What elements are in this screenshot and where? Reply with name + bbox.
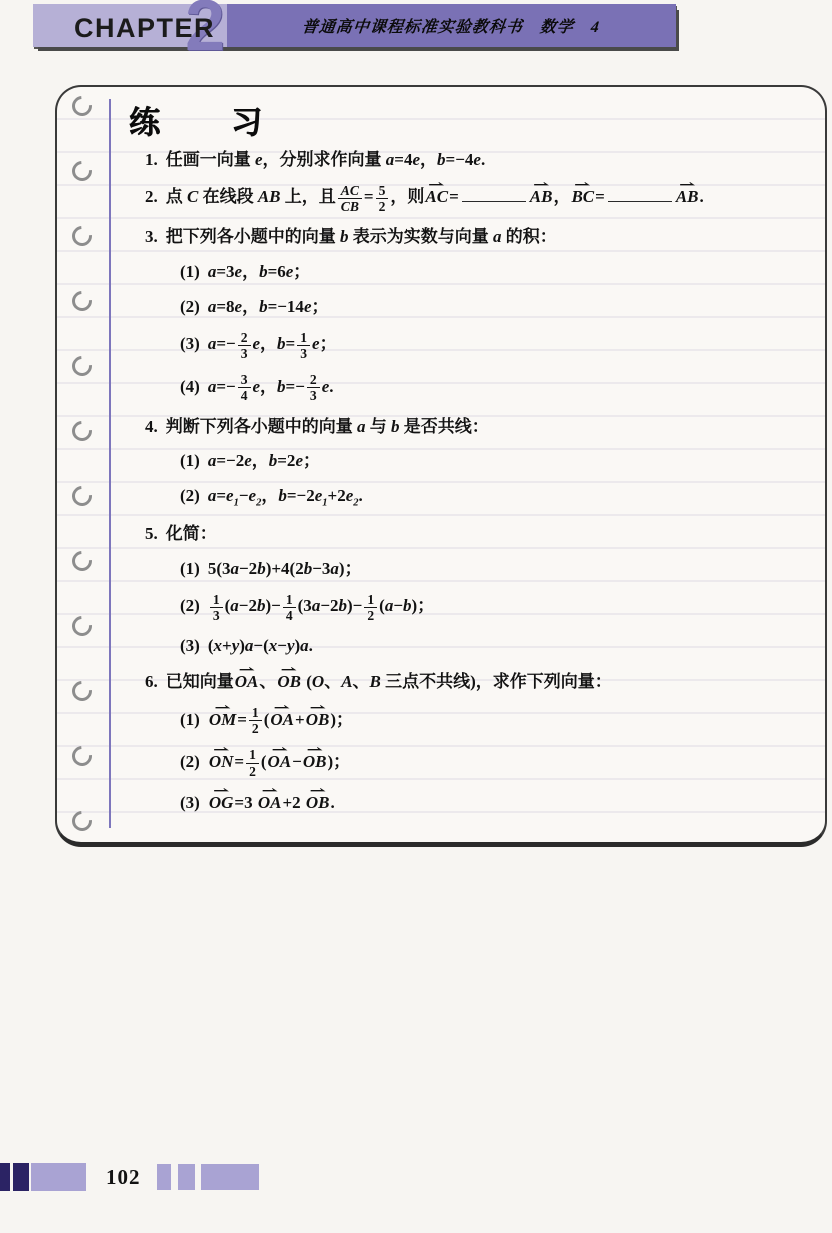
math-italic: A bbox=[341, 672, 352, 691]
item-body: a=3e，b=6e； bbox=[208, 262, 310, 281]
binder-ring-icon bbox=[68, 417, 96, 445]
exercise-subitem: (1)5(3a−2b)+4(2b−3a)； bbox=[125, 557, 809, 581]
item-label: (2) bbox=[180, 486, 200, 505]
math-roman: =2 bbox=[277, 451, 295, 470]
exercise-item: 3.把下列各小题中的向量 b 表示为实数与向量 a 的积： bbox=[125, 225, 809, 249]
math-roman: −2 bbox=[239, 596, 257, 615]
exercise-subitem: (2)13(a−2b)−14(3a−2b)−12(a−b)； bbox=[125, 592, 809, 623]
text: 表示为实数与向量 bbox=[349, 227, 494, 246]
math-italic: y bbox=[287, 636, 295, 655]
vector-notation: ⇀OB bbox=[306, 707, 330, 732]
chapter-banner-right: 普通高中课程标准实验教科书 数学 4 bbox=[227, 4, 676, 47]
math-vector-symbol: a bbox=[357, 417, 366, 436]
item-label: (2) bbox=[180, 752, 200, 771]
vector-arrow-icon: ⇀ bbox=[670, 176, 704, 195]
vector-arrow-icon: ⇀ bbox=[566, 176, 600, 195]
exercise-item: 4.判断下列各小题中的向量 a 与 b 是否共线： bbox=[125, 415, 809, 439]
math-roman: . bbox=[329, 377, 333, 396]
text: ， bbox=[260, 334, 277, 353]
text: 与 bbox=[366, 417, 392, 436]
item-body: a=e1−e2，b=−2e1+2e2. bbox=[208, 486, 363, 505]
item-body: ⇀ON=12(⇀OA−⇀OB)； bbox=[208, 752, 350, 771]
text: ， bbox=[260, 377, 277, 396]
text: 把下列各小题中的向量 bbox=[166, 227, 340, 246]
item-body: 判断下列各小题中的向量 a 与 b 是否共线： bbox=[166, 417, 489, 436]
math-roman: =− bbox=[216, 334, 235, 353]
item-body: ⇀OM=12(⇀OA+⇀OB)； bbox=[208, 710, 353, 729]
fraction: 14 bbox=[283, 592, 296, 623]
fraction: 13 bbox=[297, 330, 310, 361]
item-label: (1) bbox=[180, 262, 200, 281]
footer-block-light-4 bbox=[201, 1164, 259, 1190]
math-vector-symbol: a bbox=[300, 636, 309, 655]
math-roman: =4 bbox=[394, 150, 412, 169]
math-italic: x bbox=[269, 636, 278, 655]
item-label: 5. bbox=[145, 524, 158, 543]
math-roman: + bbox=[222, 636, 232, 655]
math-roman: =−2 bbox=[216, 451, 244, 470]
vector-arrow-icon: ⇀ bbox=[229, 661, 264, 680]
chapter-label: CHAPTER bbox=[33, 13, 215, 47]
item-body: 化简： bbox=[166, 524, 217, 543]
item-label: 1. bbox=[145, 150, 158, 169]
fraction: 13 bbox=[210, 592, 223, 623]
vector-arrow-icon: ⇀ bbox=[252, 782, 287, 801]
math-vector-symbol: e bbox=[253, 334, 261, 353]
binder-ring-icon bbox=[68, 482, 96, 510]
exercise-subitem: (3)(x+y)a−(x−y)a. bbox=[125, 634, 809, 658]
fraction: 12 bbox=[249, 705, 262, 736]
vector-notation: ⇀AB bbox=[530, 184, 553, 209]
page-footer: 102 bbox=[0, 1162, 832, 1192]
text: ， bbox=[252, 451, 269, 470]
text: 点 bbox=[166, 187, 187, 206]
binder-ring-icon bbox=[68, 92, 96, 120]
item-label: (1) bbox=[180, 710, 200, 729]
math-roman: )+4(2 bbox=[266, 559, 304, 578]
item-label: 6. bbox=[145, 672, 158, 691]
item-body: a=8e，b=−14e； bbox=[208, 297, 329, 316]
vector-notation: ⇀OB bbox=[303, 749, 327, 774]
binder-ring-icon bbox=[68, 612, 96, 640]
math-roman: = bbox=[286, 334, 296, 353]
math-vector-symbol: e bbox=[412, 150, 420, 169]
vector-notation: ⇀ON bbox=[209, 749, 234, 774]
text: 三点不共线)，求作下列向量： bbox=[381, 672, 612, 691]
vector-notation: ⇀BC bbox=[571, 184, 594, 209]
exercise-title: 练 习 bbox=[125, 95, 809, 148]
math-vector-symbol: e2 bbox=[249, 486, 262, 505]
vector-arrow-icon: ⇀ bbox=[203, 741, 240, 760]
item-label: (1) bbox=[180, 559, 200, 578]
math-vector-symbol: b bbox=[277, 377, 286, 396]
vector-arrow-icon: ⇀ bbox=[297, 741, 332, 760]
exercise-subitem: (1)a=−2e，b=2e； bbox=[125, 449, 809, 473]
vector-notation: ⇀OA bbox=[235, 669, 259, 694]
math-italic: x bbox=[214, 636, 223, 655]
margin-divider-line bbox=[109, 99, 111, 828]
item-label: 3. bbox=[145, 227, 158, 246]
exercise-box: 练 习 1.任画一向量 e，分别求作向量 a=4e，b=−4e.2.点 C 在线… bbox=[55, 85, 827, 847]
text: 上，且 bbox=[281, 187, 336, 206]
vector-notation: ⇀OB bbox=[306, 790, 330, 815]
math-roman: =−2 bbox=[287, 486, 315, 505]
binder-rings bbox=[64, 96, 100, 836]
binder-ring-icon bbox=[68, 287, 96, 315]
vector-notation: ⇀OB bbox=[277, 669, 301, 694]
vector-arrow-icon: ⇀ bbox=[264, 699, 299, 718]
exercise-subitem: (4)a=−34e，b=−23e. bbox=[125, 372, 809, 403]
item-body: a=−34e，b=−23e. bbox=[208, 377, 334, 396]
exercise-subitem: (2)a=8e，b=−14e； bbox=[125, 295, 809, 319]
item-body: 13(a−2b)−14(3a−2b)−12(a−b)； bbox=[208, 596, 434, 615]
vector-arrow-icon: ⇀ bbox=[300, 782, 335, 801]
math-vector-symbol: e bbox=[235, 297, 243, 316]
math-vector-symbol: e bbox=[255, 150, 263, 169]
vector-arrow-icon: ⇀ bbox=[202, 699, 243, 718]
binder-ring-icon bbox=[68, 807, 96, 835]
text: ， bbox=[242, 262, 259, 281]
math-roman: =− bbox=[286, 377, 305, 396]
text: ， bbox=[242, 297, 259, 316]
binder-ring-icon bbox=[68, 742, 96, 770]
blank-underline bbox=[608, 186, 672, 202]
page-number: 102 bbox=[106, 1165, 141, 1190]
item-label: 4. bbox=[145, 417, 158, 436]
math-vector-symbol: e bbox=[295, 451, 303, 470]
exercise-subitem: (2)⇀ON=12(⇀OA−⇀OB)； bbox=[125, 747, 809, 778]
vector-notation: ⇀OA bbox=[268, 749, 292, 774]
item-label: (2) bbox=[180, 297, 200, 316]
footer-block-light-2 bbox=[157, 1164, 171, 1190]
math-vector-symbol: e1 bbox=[226, 486, 239, 505]
vector-arrow-icon: ⇀ bbox=[203, 782, 240, 801]
math-roman: =−14 bbox=[268, 297, 304, 316]
math-vector-symbol: b bbox=[269, 451, 278, 470]
math-vector-symbol: b bbox=[437, 150, 446, 169]
exercise-subitem: (1)⇀OM=12(⇀OA+⇀OB)； bbox=[125, 705, 809, 736]
text: 在线段 bbox=[198, 187, 258, 206]
text: 判断下列各小题中的向量 bbox=[166, 417, 357, 436]
item-label: (3) bbox=[180, 334, 200, 353]
math-vector-symbol: e bbox=[244, 451, 252, 470]
binder-ring-icon bbox=[68, 677, 96, 705]
text: ； bbox=[345, 559, 362, 578]
item-label: (3) bbox=[180, 793, 200, 812]
text: 化简： bbox=[166, 524, 217, 543]
math-roman: 5(3 bbox=[208, 559, 231, 578]
item-body: a=−2e，b=2e； bbox=[208, 451, 320, 470]
math-vector-symbol: a bbox=[330, 559, 339, 578]
math-roman: =−4 bbox=[446, 150, 474, 169]
math-vector-symbol: b bbox=[277, 334, 286, 353]
item-label: (4) bbox=[180, 377, 200, 396]
item-body: (x+y)a−(x−y)a. bbox=[208, 636, 313, 655]
text: 是否共线： bbox=[400, 417, 489, 436]
chapter-header-banner: 2 CHAPTER 普通高中课程标准实验教科书 数学 4 bbox=[33, 4, 676, 47]
fraction: 12 bbox=[246, 747, 259, 778]
exercise-item: 1.任画一向量 e，分别求作向量 a=4e，b=−4e. bbox=[125, 148, 809, 172]
math-vector-symbol: b bbox=[278, 486, 287, 505]
binder-ring-icon bbox=[68, 352, 96, 380]
math-roman: − bbox=[277, 636, 287, 655]
text: ，分别求作向量 bbox=[263, 150, 386, 169]
text: 、 bbox=[324, 672, 341, 691]
math-italic: B bbox=[370, 672, 381, 691]
fraction: 23 bbox=[307, 372, 320, 403]
math-vector-symbol: e bbox=[235, 262, 243, 281]
text: 任画一向量 bbox=[166, 150, 255, 169]
exercise-item: 5.化简： bbox=[125, 522, 809, 546]
math-roman: )− bbox=[265, 596, 280, 615]
vector-arrow-icon: ⇀ bbox=[300, 699, 335, 718]
math-vector-symbol: e bbox=[312, 334, 320, 353]
math-roman: −( bbox=[253, 636, 268, 655]
vector-notation: ⇀OM bbox=[209, 707, 236, 732]
vector-notation: ⇀OA bbox=[270, 707, 294, 732]
item-body: ⇀OG=3 ⇀OA+2 ⇀OB. bbox=[208, 793, 335, 812]
book-title: 普通高中课程标准实验教科书 数学 4 bbox=[301, 14, 601, 37]
math-vector-symbol: b bbox=[304, 559, 313, 578]
math-vector-symbol: b bbox=[259, 297, 268, 316]
math-roman: = bbox=[216, 486, 226, 505]
item-label: (2) bbox=[180, 596, 200, 615]
math-italic: C bbox=[187, 187, 198, 206]
math-roman: − bbox=[239, 486, 249, 505]
math-vector-symbol: b bbox=[257, 559, 266, 578]
exercise-list: 1.任画一向量 e，分别求作向量 a=4e，b=−4e.2.点 C 在线段 AB… bbox=[125, 148, 809, 815]
fraction: 23 bbox=[238, 330, 251, 361]
math-roman: − bbox=[393, 596, 403, 615]
footer-block-dark-2 bbox=[13, 1163, 29, 1191]
math-vector-symbol: e bbox=[253, 377, 261, 396]
math-italic: AB bbox=[258, 187, 281, 206]
math-roman: −2 bbox=[239, 559, 257, 578]
vector-arrow-icon: ⇀ bbox=[420, 176, 454, 195]
math-roman: . bbox=[309, 636, 313, 655]
math-vector-symbol: b bbox=[391, 417, 400, 436]
math-roman: +2 bbox=[328, 486, 346, 505]
item-label: 2. bbox=[145, 187, 158, 206]
math-roman: −2 bbox=[320, 596, 338, 615]
exercise-subitem: (1)a=3e，b=6e； bbox=[125, 260, 809, 284]
text: ， bbox=[261, 486, 278, 505]
exercise-subitem: (3)⇀OG=3 ⇀OA+2 ⇀OB. bbox=[125, 790, 809, 815]
math-vector-symbol: b bbox=[403, 596, 412, 615]
text: ； bbox=[303, 451, 320, 470]
math-vector-symbol: e2 bbox=[346, 486, 359, 505]
exercise-subitem: (3)a=−23e，b=13e； bbox=[125, 330, 809, 361]
vector-notation: ⇀AB bbox=[676, 184, 699, 209]
math-vector-symbol: a bbox=[231, 559, 240, 578]
item-body: 已知向量⇀OA、⇀OB (O、A、B 三点不共线)，求作下列向量： bbox=[166, 672, 612, 691]
text: 已知向量 bbox=[166, 672, 234, 691]
math-roman: =8 bbox=[216, 297, 234, 316]
math-vector-symbol: a bbox=[230, 596, 239, 615]
binder-ring-icon bbox=[68, 547, 96, 575]
text: ； bbox=[336, 710, 353, 729]
binder-ring-icon bbox=[68, 157, 96, 185]
footer-block-light-1 bbox=[31, 1163, 86, 1191]
math-vector-symbol: b bbox=[339, 596, 348, 615]
text: ； bbox=[311, 297, 328, 316]
exercise-item: 2.点 C 在线段 AB 上，且ACCB=52，则⇀AC=⇀AB，⇀BC=⇀AB… bbox=[125, 183, 809, 214]
fraction: 34 bbox=[238, 372, 251, 403]
math-roman: =6 bbox=[268, 262, 286, 281]
math-roman: . bbox=[481, 150, 485, 169]
item-body: 5(3a−2b)+4(2b−3a)； bbox=[208, 559, 362, 578]
text: ， bbox=[420, 150, 437, 169]
chapter-banner-left: 2 CHAPTER bbox=[33, 4, 227, 47]
math-italic: O bbox=[312, 672, 324, 691]
math-vector-symbol: b bbox=[259, 262, 268, 281]
text: ； bbox=[293, 262, 310, 281]
footer-block-light-3 bbox=[178, 1164, 195, 1190]
math-roman: =− bbox=[216, 377, 235, 396]
vector-arrow-icon: ⇀ bbox=[524, 176, 558, 195]
math-vector-symbol: e bbox=[473, 150, 481, 169]
blank-underline bbox=[462, 186, 526, 202]
item-body: a=−23e，b=13e； bbox=[208, 334, 337, 353]
text: 的积： bbox=[502, 227, 557, 246]
math-roman: =3 bbox=[216, 262, 234, 281]
math-roman: = bbox=[364, 187, 374, 206]
exercise-item: 6.已知向量⇀OA、⇀OB (O、A、B 三点不共线)，求作下列向量： bbox=[125, 669, 809, 694]
text: ； bbox=[320, 334, 337, 353]
math-roman: . bbox=[359, 486, 363, 505]
item-body: 点 C 在线段 AB 上，且ACCB=52，则⇀AC=⇀AB，⇀BC=⇀AB. bbox=[166, 187, 704, 206]
text: 、 bbox=[353, 672, 370, 691]
math-vector-symbol: a bbox=[493, 227, 502, 246]
math-roman: (3 bbox=[298, 596, 312, 615]
fraction: 12 bbox=[364, 592, 377, 623]
item-label: (3) bbox=[180, 636, 200, 655]
footer-block-dark-1 bbox=[0, 1163, 10, 1191]
item-label: (1) bbox=[180, 451, 200, 470]
vector-arrow-icon: ⇀ bbox=[262, 741, 297, 760]
vector-notation: ⇀AC bbox=[425, 184, 448, 209]
math-roman: −3 bbox=[312, 559, 330, 578]
fraction: ACCB bbox=[338, 183, 362, 214]
vector-notation: ⇀OG bbox=[209, 790, 234, 815]
math-roman: )− bbox=[347, 596, 362, 615]
item-body: 任画一向量 e，分别求作向量 a=4e，b=−4e. bbox=[166, 150, 485, 169]
text: ； bbox=[333, 752, 350, 771]
math-vector-symbol: b bbox=[340, 227, 349, 246]
item-body: 把下列各小题中的向量 b 表示为实数与向量 a 的积： bbox=[166, 227, 557, 246]
exercise-content: 练 习 1.任画一向量 e，分别求作向量 a=4e，b=−4e.2.点 C 在线… bbox=[125, 95, 809, 834]
vector-notation: ⇀OA bbox=[258, 790, 282, 815]
text: ； bbox=[417, 596, 434, 615]
fraction: 52 bbox=[376, 183, 389, 214]
binder-ring-icon bbox=[68, 222, 96, 250]
math-vector-symbol: e1 bbox=[315, 486, 328, 505]
vector-arrow-icon: ⇀ bbox=[271, 661, 306, 680]
exercise-subitem: (2)a=e1−e2，b=−2e1+2e2. bbox=[125, 484, 809, 511]
